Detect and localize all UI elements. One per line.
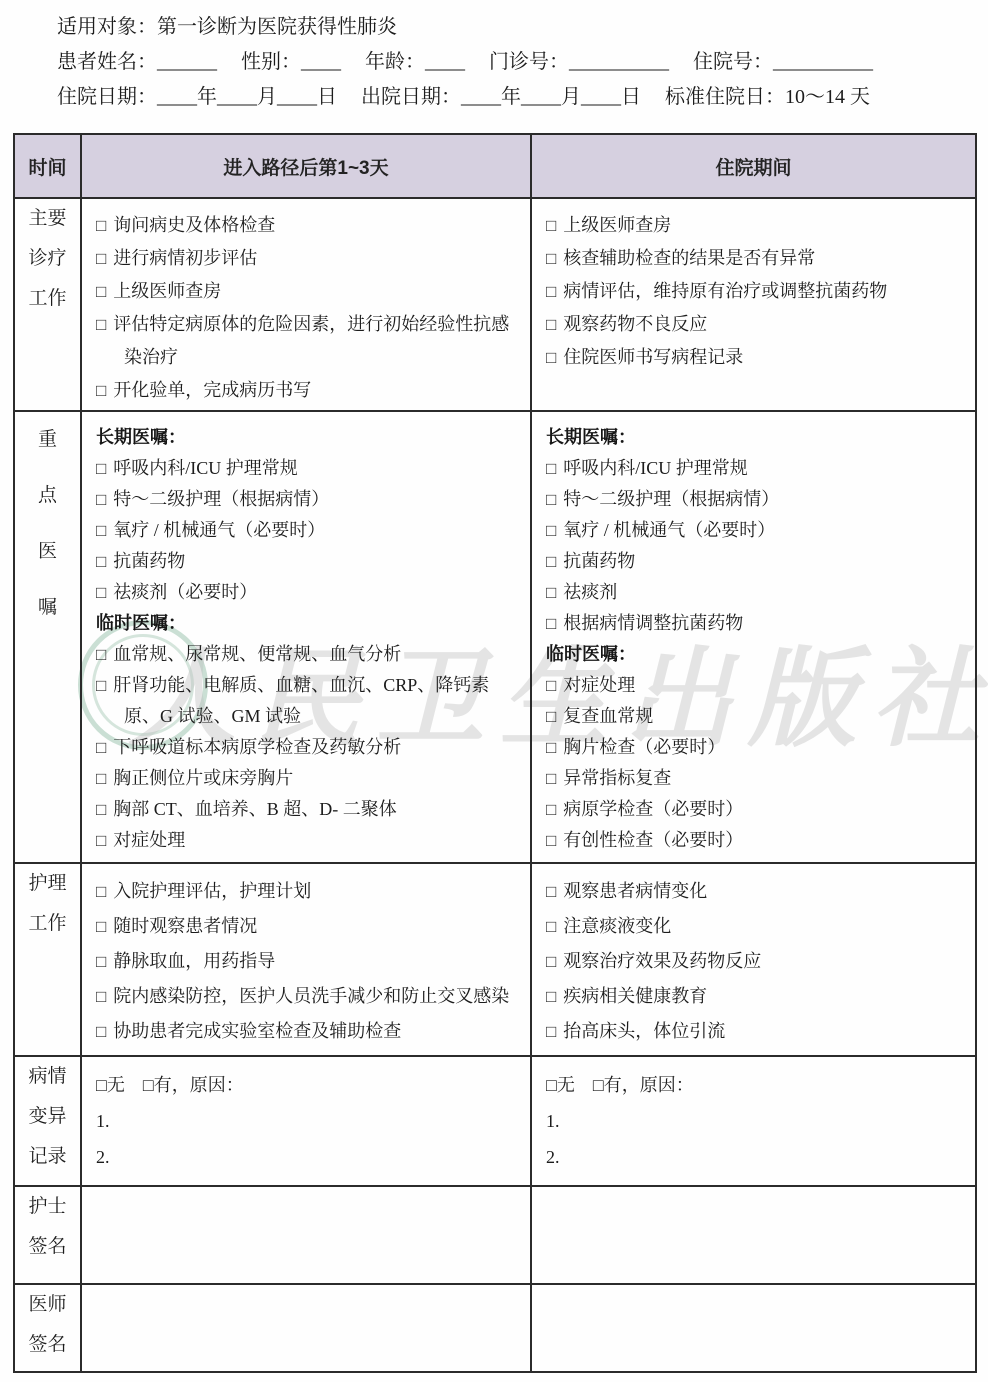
row-nursing-work: 护理 工作 □入院护理评估，护理计划□随时观察患者情况□静脉取血，用药指导□院内… [14,863,976,1056]
checkbox-icon: □ [546,282,556,301]
row-label-variation-record: 病情 变异 记录 [14,1056,81,1186]
checklist-item-label: 病情评估，维持原有治疗或调整抗菌药物 [563,281,887,301]
checklist-item-label: 入院护理评估，护理计划 [113,881,311,901]
checklist-item: □观察药物不良反应 [546,308,967,341]
checklist-item: □特～二级护理（根据病情） [96,484,522,515]
checklist-item-label: 开化验单，完成病历书写 [113,380,311,400]
checklist-item: □胸正侧位片或床旁胸片 [96,763,522,794]
checklist-item-label: 胸正侧位片或床旁胸片 [113,768,293,788]
checklist-item: □祛痰剂 [546,577,967,608]
checklist-item: □有创性检查（必要时） [546,825,967,856]
scanned-form-page: 人民卫生出版社 适用对象：第一诊断为医院获得性肺炎 患者姓名：______ 性别… [0,0,988,1382]
cell-variation-days-1-3: □无 □有，原因：1.2. [81,1056,531,1186]
checklist-item: □病情评估，维持原有治疗或调整抗菌药物 [546,275,967,308]
checklist-item: □住院医师书写病程记录 [546,341,967,374]
checkbox-icon: □ [546,348,556,367]
checklist-item: □上级医师查房 [96,275,522,308]
row-label-main-care: 主要 诊疗 工作 [14,198,81,411]
checklist-item-label: 住院医师书写病程记录 [563,347,743,367]
checklist-item: □祛痰剂（必要时） [96,577,522,608]
checklist-item: □注意痰液变化 [546,909,967,944]
outpatient-no-field: 门诊号：__________ [489,45,669,80]
checklist-item-label: 氧疗 / 机械通气（必要时） [563,520,775,540]
checklist-item-label: 静脉取血，用药指导 [113,951,275,971]
checklist-item: □对症处理 [546,670,967,701]
checklist-item: □进行病情初步评估 [96,242,522,275]
checklist-item: □疾病相关健康教育 [546,979,967,1014]
checklist-item-label: 祛痰剂（必要时） [113,582,257,602]
checklist-item-label: 异常指标复查 [563,768,671,788]
inpatient-no-field: 住院号：__________ [693,45,873,80]
checkbox-icon: □ [546,1022,556,1041]
checklist-item: □观察患者病情变化 [546,874,967,909]
checkbox-icon: □ [96,800,106,819]
checkbox-icon: □ [546,738,556,757]
checkbox-icon: □ [96,315,106,334]
checkbox-icon: □ [96,583,106,602]
checkbox-icon: □ [546,707,556,726]
checkbox-icon: □ [546,987,556,1006]
checklist-item: □异常指标复查 [546,763,967,794]
checklist-item: □呼吸内科/ICU 护理常规 [546,453,967,484]
checklist-item: □氧疗 / 机械通气（必要时） [546,515,967,546]
checklist-item-label: 观察治疗效果及药物反应 [563,951,761,971]
checklist-item: □询问病史及体格检查 [96,209,522,242]
checklist-item: □入院护理评估，护理计划 [96,874,522,909]
col-header-days-1-3: 进入路径后第1~3天 [81,134,531,198]
applicable-target-text: 适用对象：第一诊断为医院获得性肺炎 [57,10,397,45]
checkbox-icon: □ [546,882,556,901]
text-line: □无 □有，原因： [96,1067,522,1103]
checkbox-icon: □ [96,645,106,664]
checklist-item-label: 观察药物不良反应 [563,314,707,334]
checkbox-icon: □ [546,521,556,540]
checklist-item-label: 评估特定病原体的危险因素，进行初始经验性抗感染治疗 [113,314,509,367]
checkbox-icon: □ [96,676,106,695]
row-label-nurse-signature: 护士 签名 [14,1186,81,1284]
checklist-item: □上级医师查房 [546,209,967,242]
checkbox-icon: □ [546,676,556,695]
dates-line: 住院日期：____年____月____日 出院日期：____年____月____… [57,80,957,115]
checkbox-icon: □ [96,459,106,478]
checklist-item-label: 病原学检查（必要时） [563,799,743,819]
row-variation-record: 病情 变异 记录 □无 □有，原因：1.2. □无 □有，原因：1.2. [14,1056,976,1186]
col-header-hospital-stay: 住院期间 [531,134,976,198]
checklist-item-label: 氧疗 / 机械通气（必要时） [113,520,325,540]
checklist-item: □特～二级护理（根据病情） [546,484,967,515]
checklist-item-label: 血常规、尿常规、便常规、血气分析 [113,644,401,664]
checklist-item-label: 对症处理 [563,675,635,695]
checklist-item-label: 胸部 CT、血培养、B 超、D- 二聚体 [113,799,397,819]
checklist-item-label: 核查辅助检查的结果是否有异常 [563,248,815,268]
gender-field: 性别：____ [241,45,341,80]
row-nurse-signature: 护士 签名 [14,1186,976,1284]
checkbox-icon: □ [96,521,106,540]
checklist-item-label: 询问病史及体格检查 [113,215,275,235]
checkbox-icon: □ [546,917,556,936]
checkbox-icon: □ [96,882,106,901]
checklist-item: □胸片检查（必要时） [546,732,967,763]
checklist-item: □病原学检查（必要时） [546,794,967,825]
checkbox-icon: □ [96,738,106,757]
checklist-item-label: 呼吸内科/ICU 护理常规 [113,458,298,478]
checklist-item: □血常规、尿常规、便常规、血气分析 [96,639,522,670]
cell-nursing-days-1-3: □入院护理评估，护理计划□随时观察患者情况□静脉取血，用药指导□院内感染防控，医… [81,863,531,1056]
checklist-item: □抗菌药物 [546,546,967,577]
checklist-item-label: 对症处理 [113,830,185,850]
cell-key-orders-days-1-3: 长期医嘱：□呼吸内科/ICU 护理常规□特～二级护理（根据病情）□氧疗 / 机械… [81,411,531,863]
cell-nursing-stay: □观察患者病情变化□注意痰液变化□观察治疗效果及药物反应□疾病相关健康教育□抬高… [531,863,976,1056]
checkbox-icon: □ [96,769,106,788]
row-key-orders: 重 点 医 嘱 长期医嘱：□呼吸内科/ICU 护理常规□特～二级护理（根据病情）… [14,411,976,863]
discharge-date-field: 出院日期：____年____月____日 [361,80,641,115]
checklist-item: □院内感染防控，医护人员洗手减少和防止交叉感染 [96,979,522,1014]
checkbox-icon: □ [96,249,106,268]
checkbox-icon: □ [96,917,106,936]
checklist-item: □评估特定病原体的危险因素，进行初始经验性抗感染治疗 [96,308,522,374]
checkbox-icon: □ [96,1022,106,1041]
checklist-item: □对症处理 [96,825,522,856]
checklist-item: □呼吸内科/ICU 护理常规 [96,453,522,484]
checkbox-icon: □ [96,490,106,509]
checkbox-icon: □ [96,831,106,850]
standard-stay-text: 标准住院日：10～14 天 [665,80,870,115]
applicable-target-line: 适用对象：第一诊断为医院获得性肺炎 [57,10,957,45]
checkbox-icon: □ [546,552,556,571]
cell-physician-signature-stay [531,1284,976,1372]
order-group-heading: 长期医嘱： [546,422,967,453]
checklist-item-label: 观察患者病情变化 [563,881,707,901]
checklist-item: □核查辅助检查的结果是否有异常 [546,242,967,275]
checklist-item-label: 抬高床头，体位引流 [563,1021,725,1041]
row-label-key-orders: 重 点 医 嘱 [14,411,81,863]
row-main-care: 主要 诊疗 工作 □询问病史及体格检查□进行病情初步评估□上级医师查房□评估特定… [14,198,976,411]
text-line: 2. [96,1139,522,1175]
checklist-item: □协助患者完成实验室检查及辅助检查 [96,1014,522,1049]
order-group-heading: 临时医嘱： [96,608,522,639]
text-line: 1. [96,1103,522,1139]
cell-nurse-signature-days-1-3 [81,1186,531,1284]
cell-main-care-stay: □上级医师查房□核查辅助检查的结果是否有异常□病情评估，维持原有治疗或调整抗菌药… [531,198,976,411]
checkbox-icon: □ [546,249,556,268]
checkbox-icon: □ [96,282,106,301]
checkbox-icon: □ [546,614,556,633]
checkbox-icon: □ [546,315,556,334]
checklist-item-label: 上级医师查房 [563,215,671,235]
cell-nurse-signature-stay [531,1186,976,1284]
checkbox-icon: □ [96,552,106,571]
checklist-item: □根据病情调整抗菌药物 [546,608,967,639]
order-group-heading: 临时医嘱： [546,639,967,670]
checklist-item: □开化验单，完成病历书写 [96,374,522,407]
checklist-item: □氧疗 / 机械通气（必要时） [96,515,522,546]
checklist-item: □肝肾功能、电解质、血糖、血沉、CRP、降钙素原、G 试验、GM 试验 [96,670,522,732]
checklist-item-label: 抗菌药物 [113,551,185,571]
clinical-pathway-table: 时间 进入路径后第1~3天 住院期间 主要 诊疗 工作 □询问病史及体格检查□进… [13,133,977,1373]
checkbox-icon: □ [546,831,556,850]
cell-variation-stay: □无 □有，原因：1.2. [531,1056,976,1186]
checklist-item: □抬高床头，体位引流 [546,1014,967,1049]
checklist-item: □静脉取血，用药指导 [96,944,522,979]
checklist-item: □抗菌药物 [96,546,522,577]
row-physician-signature: 医师 签名 [14,1284,976,1372]
checklist-item-label: 祛痰剂 [563,582,617,602]
checklist-item: □随时观察患者情况 [96,909,522,944]
checklist-item-label: 呼吸内科/ICU 护理常规 [563,458,748,478]
cell-key-orders-stay: 长期医嘱：□呼吸内科/ICU 护理常规□特～二级护理（根据病情）□氧疗 / 机械… [531,411,976,863]
checklist-item-label: 特～二级护理（根据病情） [113,489,329,509]
text-line: 1. [546,1103,967,1139]
checkbox-icon: □ [546,800,556,819]
checklist-item-label: 肝肾功能、电解质、血糖、血沉、CRP、降钙素原、G 试验、GM 试验 [113,675,489,726]
checklist-item-label: 根据病情调整抗菌药物 [563,613,743,633]
patient-info-line: 患者姓名：______ 性别：____ 年龄：____ 门诊号：________… [57,45,957,80]
checkbox-icon: □ [546,459,556,478]
checklist-item-label: 进行病情初步评估 [113,248,257,268]
checkbox-icon: □ [546,216,556,235]
checklist-item: □观察治疗效果及药物反应 [546,944,967,979]
checkbox-icon: □ [546,583,556,602]
checkbox-icon: □ [546,952,556,971]
order-group-heading: 长期医嘱： [96,422,522,453]
age-field: 年龄：____ [365,45,465,80]
admission-date-field: 住院日期：____年____月____日 [57,80,337,115]
checklist-item-label: 下呼吸道标本病原学检查及药敏分析 [113,737,401,757]
checklist-item: □下呼吸道标本病原学检查及药敏分析 [96,732,522,763]
checklist-item-label: 复查血常规 [563,706,653,726]
col-header-time: 时间 [14,134,81,198]
checklist-item: □胸部 CT、血培养、B 超、D- 二聚体 [96,794,522,825]
checklist-item: □复查血常规 [546,701,967,732]
checklist-item-label: 抗菌药物 [563,551,635,571]
row-label-physician-signature: 医师 签名 [14,1284,81,1372]
text-line: □无 □有，原因： [546,1067,967,1103]
checkbox-icon: □ [96,952,106,971]
checkbox-icon: □ [546,490,556,509]
checklist-item-label: 上级医师查房 [113,281,221,301]
row-label-nursing-work: 护理 工作 [14,863,81,1056]
checkbox-icon: □ [96,381,106,400]
checkbox-icon: □ [546,769,556,788]
checklist-item-label: 疾病相关健康教育 [563,986,707,1006]
checklist-item-label: 特～二级护理（根据病情） [563,489,779,509]
table-header-row: 时间 进入路径后第1~3天 住院期间 [14,134,976,198]
checkbox-icon: □ [96,216,106,235]
cell-main-care-days-1-3: □询问病史及体格检查□进行病情初步评估□上级医师查房□评估特定病原体的危险因素，… [81,198,531,411]
text-line: 2. [546,1139,967,1175]
cell-physician-signature-days-1-3 [81,1284,531,1372]
checklist-item-label: 胸片检查（必要时） [563,737,725,757]
checklist-item-label: 院内感染防控，医护人员洗手减少和防止交叉感染 [113,986,509,1006]
checklist-item-label: 协助患者完成实验室检查及辅助检查 [113,1021,401,1041]
checklist-item-label: 注意痰液变化 [563,916,671,936]
patient-name-field: 患者姓名：______ [57,45,217,80]
checkbox-icon: □ [96,987,106,1006]
checklist-item-label: 有创性检查（必要时） [563,830,743,850]
checklist-item-label: 随时观察患者情况 [113,916,257,936]
document-header: 适用对象：第一诊断为医院获得性肺炎 患者姓名：______ 性别：____ 年龄… [57,10,957,115]
